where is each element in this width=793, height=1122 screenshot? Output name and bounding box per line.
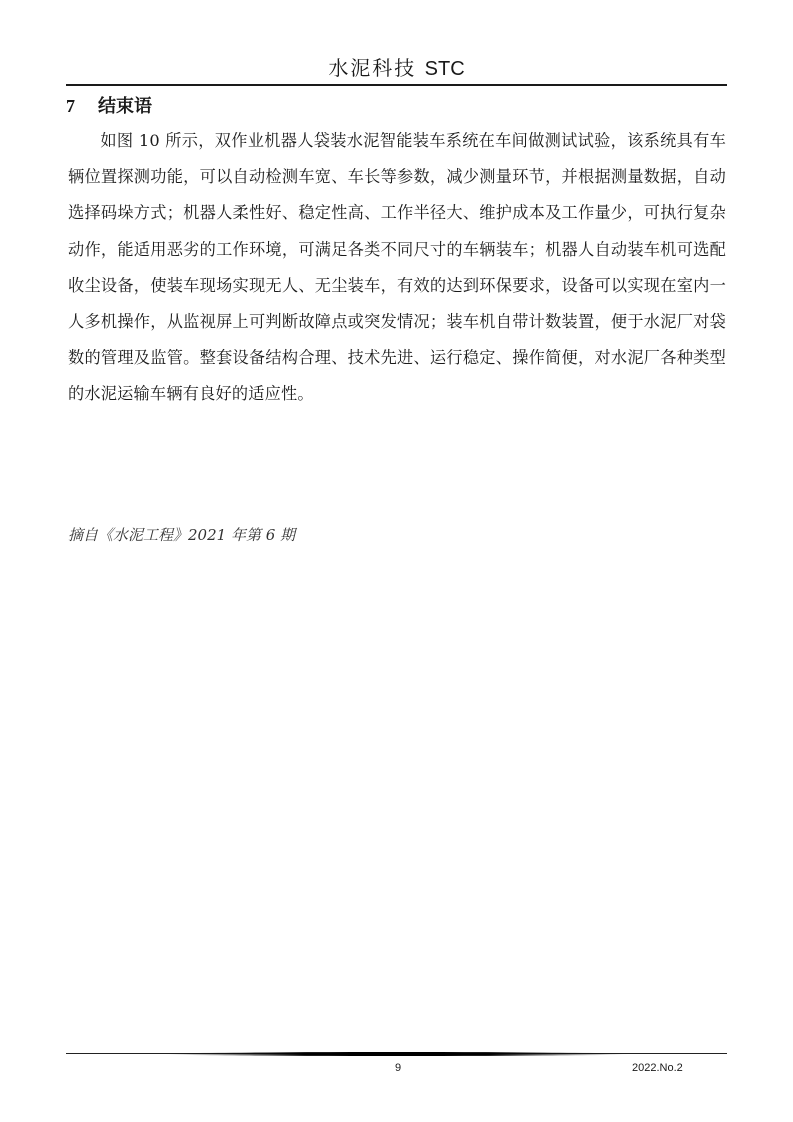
section-number: 7 xyxy=(66,96,98,117)
journal-title-cn: 水泥科技 xyxy=(328,56,416,80)
section-title: 结束语 xyxy=(98,96,152,117)
section-heading: 7结束语 xyxy=(66,92,152,118)
source-citation: 摘自《水泥工程》2021 年第 6 期 xyxy=(68,524,295,545)
journal-title-abbr: STC xyxy=(425,58,465,80)
header-divider xyxy=(66,84,727,86)
journal-header: 水泥科技 STC xyxy=(0,52,793,81)
page-number: 9 xyxy=(395,1062,401,1074)
footer-divider xyxy=(66,1052,727,1056)
body-paragraph: 如图 10 所示，双作业机器人袋装水泥智能装车系统在车间做测试试验，该系统具有车… xyxy=(68,123,726,413)
issue-label: 2022.No.2 xyxy=(632,1062,683,1074)
